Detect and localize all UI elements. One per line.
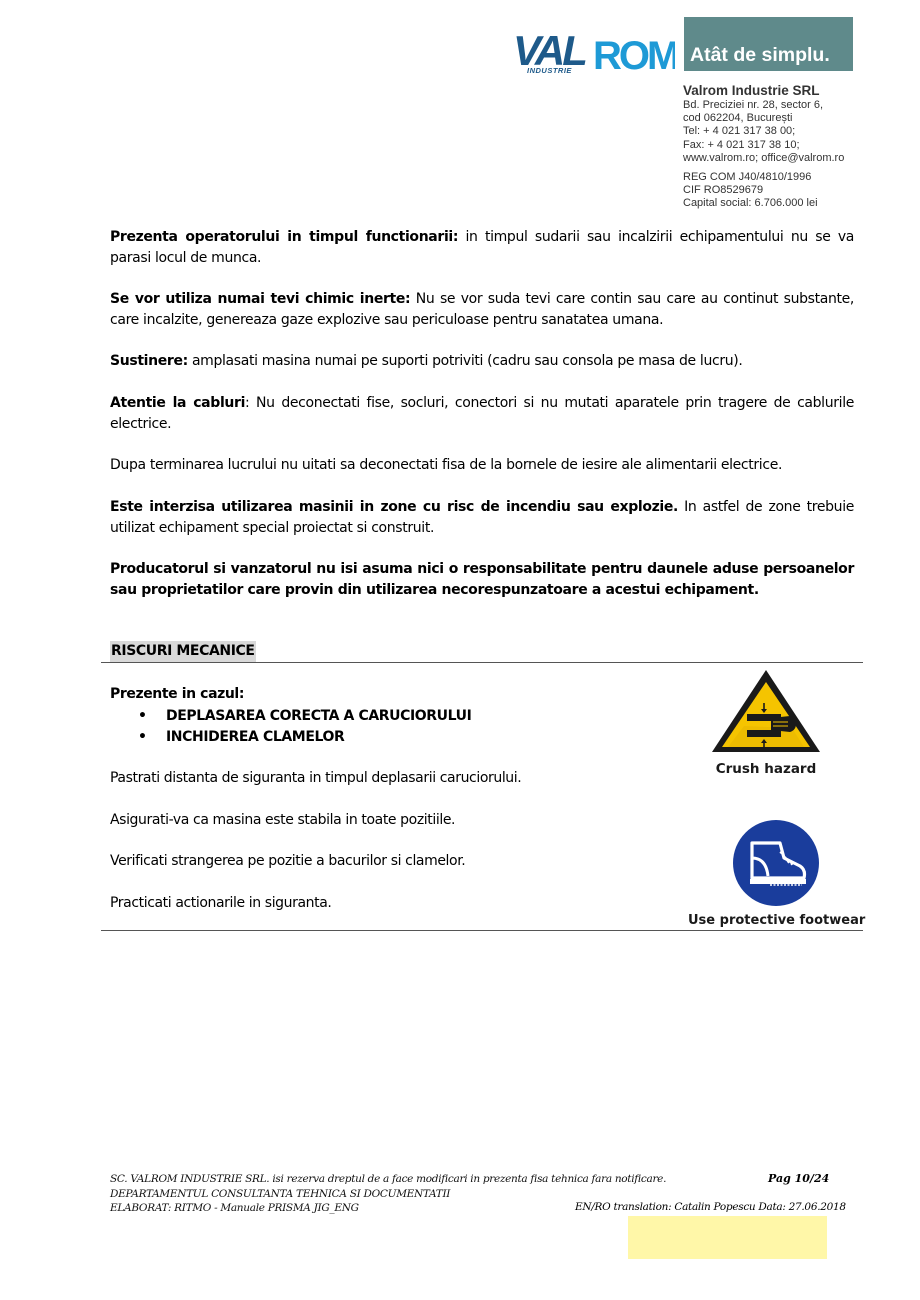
list-item: •DEPLASAREA CORECTA A CARUCIORULUI bbox=[110, 706, 471, 728]
paragraph-text: Dupa terminarea lucrului nu uitati sa de… bbox=[110, 457, 782, 473]
logo-rom-text: ROM bbox=[593, 34, 675, 75]
paragraph-disconnect: Dupa terminarea lucrului nu uitati sa de… bbox=[110, 455, 854, 476]
crush-hazard-sign: Crush hazard bbox=[708, 668, 824, 777]
fax-line: Fax: + 4 021 317 38 10; bbox=[683, 139, 844, 152]
paragraph-text: amplasati masina numai pe suporti potriv… bbox=[188, 353, 743, 369]
paragraph-cables: Atentie la cabluri: Nu deconectati fise,… bbox=[110, 393, 854, 435]
list-item-text: DEPLASAREA CORECTA A CARUCIORULUI bbox=[166, 708, 471, 724]
section-bottom-rule bbox=[101, 930, 863, 931]
instruction-text: Verificati strangerea pe pozitie a bacur… bbox=[110, 851, 465, 872]
paragraph-lead: Prezenta operatorului in timpul function… bbox=[110, 229, 458, 245]
paragraph-lead: Sustinere: bbox=[110, 353, 188, 369]
bullet-icon: • bbox=[138, 727, 147, 749]
paragraph-disclaimer: Producatorul si vanzatorul nu isi asuma … bbox=[110, 559, 854, 601]
instruction-text: Pastrati distanta de siguranta in timpul… bbox=[110, 768, 521, 789]
section-top-rule bbox=[101, 662, 863, 663]
footer-line: SC. VALROM INDUSTRIE SRL. isi rezerva dr… bbox=[110, 1172, 666, 1187]
crush-hazard-caption: Crush hazard bbox=[708, 761, 824, 777]
paragraph-lead: Atentie la cabluri bbox=[110, 395, 245, 411]
capital-line: Capital social: 6.706.000 lei bbox=[683, 197, 844, 210]
page-number: Pag 10/24 bbox=[768, 1172, 829, 1185]
list-item: •INCHIDEREA CLAMELOR bbox=[110, 727, 471, 749]
phone-line: Tel: + 4 021 317 38 00; bbox=[683, 125, 844, 138]
translation-credit: EN/RO translation: Catalin Popescu Data:… bbox=[575, 1201, 846, 1213]
protective-footwear-sign: Use protective footwear bbox=[688, 818, 864, 928]
hazard-list-intro: Prezente in cazul: bbox=[110, 684, 471, 706]
protective-footwear-caption: Use protective footwear bbox=[688, 913, 864, 928]
paragraph-lead: Se vor utiliza numai tevi chimic inerte: bbox=[110, 291, 410, 307]
bullet-icon: • bbox=[138, 706, 147, 728]
section-title: RISCURI MECANICE bbox=[110, 641, 256, 662]
paragraph-support: Sustinere: amplasati masina numai pe sup… bbox=[110, 351, 854, 372]
paragraph-inert-pipes: Se vor utiliza numai tevi chimic inerte:… bbox=[110, 289, 854, 331]
hazard-list: Prezente in cazul: •DEPLASAREA CORECTA A… bbox=[110, 684, 471, 749]
address-line: Bd. Preciziei nr. 28, sector 6, bbox=[683, 99, 844, 112]
highlight-box bbox=[628, 1216, 827, 1259]
logo-subtext: INDUSTRIE bbox=[527, 66, 572, 75]
slogan-banner: Atât de simplu. bbox=[684, 17, 853, 71]
company-info: Valrom Industrie SRL Bd. Preciziei nr. 2… bbox=[683, 82, 844, 211]
crush-hazard-icon bbox=[708, 668, 824, 756]
footer-line: DEPARTAMENTUL CONSULTANTA TEHNICA SI DOC… bbox=[110, 1187, 666, 1202]
instruction-text: Asigurati-va ca masina este stabila in t… bbox=[110, 810, 455, 831]
paragraph-lead: Producatorul si vanzatorul nu isi asuma … bbox=[110, 561, 854, 598]
protective-footwear-icon bbox=[688, 818, 864, 906]
valrom-logo: VAL ROM INDUSTRIE bbox=[513, 27, 675, 75]
cif-line: CIF RO8529679 bbox=[683, 184, 844, 197]
paragraph-operator-presence: Prezenta operatorului in timpul function… bbox=[110, 227, 854, 269]
paragraph-fire-risk: Este interzisa utilizarea masinii in zon… bbox=[110, 497, 854, 539]
reg-com-line: REG COM J40/4810/1996 bbox=[683, 171, 844, 184]
list-item-text: INCHIDEREA CLAMELOR bbox=[166, 729, 344, 745]
web-email-line[interactable]: www.valrom.ro; office@valrom.ro bbox=[683, 152, 844, 165]
company-name: Valrom Industrie SRL bbox=[683, 82, 844, 99]
instruction-text: Practicati actionarile in siguranta. bbox=[110, 893, 331, 914]
paragraph-lead: Este interzisa utilizarea masinii in zon… bbox=[110, 499, 678, 515]
slogan-text: Atât de simplu. bbox=[690, 44, 830, 67]
address-line: cod 062204, București bbox=[683, 112, 844, 125]
